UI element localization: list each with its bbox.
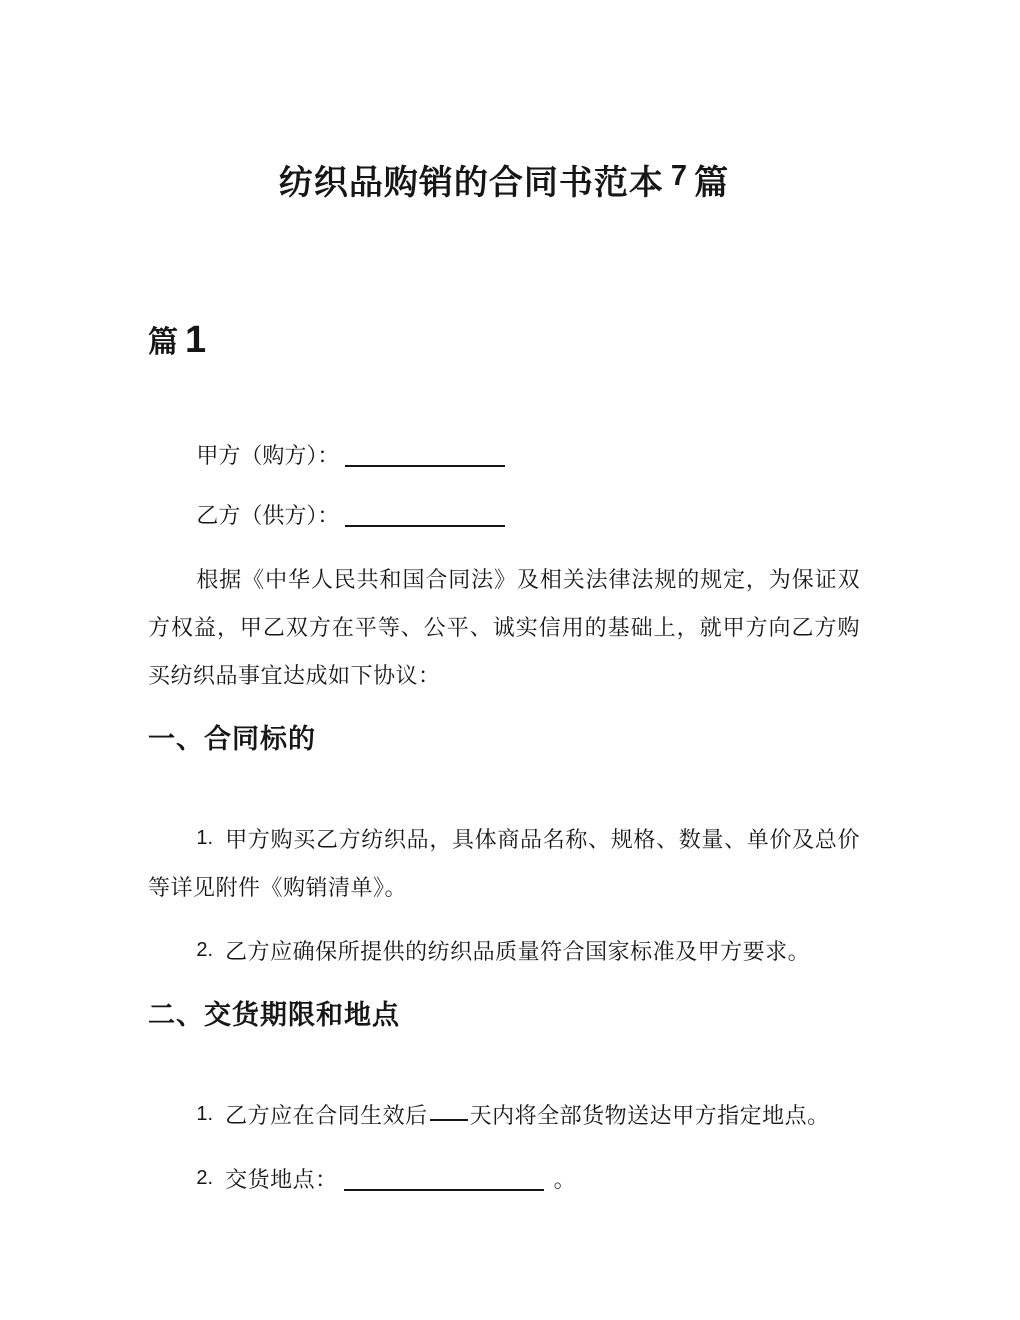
part-heading-number: 1 [185, 319, 206, 361]
part-heading-label: 篇 [148, 326, 178, 359]
clause-1-2-number: 2. [196, 939, 213, 961]
clause-2-1-number: 1. [196, 1103, 213, 1125]
clause-2-2-number: 2. [196, 1167, 213, 1189]
clause-1-1: 1.甲方购买乙方纺织品，具体商品名称、规格、数量、单价及总价等详见附件《购销清单… [148, 814, 860, 912]
part-heading: 篇1 [148, 317, 860, 366]
party-a-label: 甲方（购方）： [196, 443, 339, 468]
section-two-heading: 二、交货期限和地点 [148, 996, 860, 1034]
clause-2-1-text-before: 乙方应在合同生效后 [225, 1103, 428, 1128]
party-a-row: 甲方（购方）： [148, 438, 860, 474]
clause-2-2-fullstop: 。 [554, 1167, 577, 1192]
document-title: 纺织品购销的合同书范本7篇 [148, 156, 860, 203]
delivery-location-blank-line[interactable] [344, 1170, 544, 1191]
clause-1-1-number: 1. [196, 827, 213, 849]
clause-1-2: 2.乙方应确保所提供的纺织品质量符合国家标准及甲方要求。 [148, 926, 860, 976]
clause-1-1-text: 甲方购买乙方纺织品，具体商品名称、规格、数量、单价及总价等详见附件《购销清单》。 [148, 827, 860, 900]
document-title-suffix: 篇 [694, 164, 729, 202]
party-b-label: 乙方（供方）： [196, 503, 339, 528]
party-a-blank-line[interactable] [345, 446, 505, 467]
document-page: 纺织品购销的合同书范本7篇 篇1 甲方（购方）： 乙方（供方）： 根据《中华人民… [0, 0, 1020, 1320]
preamble-paragraph: 根据《中华人民共和国合同法》及相关法律法规的规定，为保证双方权益，甲乙双方在平等… [148, 556, 860, 700]
delivery-days-blank-line[interactable] [430, 1106, 468, 1121]
document-title-number: 7 [671, 160, 687, 192]
clause-2-1: 1.乙方应在合同生效后天内将全部货物送达甲方指定地点。 [148, 1090, 860, 1140]
party-b-row: 乙方（供方）： [148, 498, 860, 534]
section-one-heading: 一、合同标的 [148, 720, 860, 758]
clause-2-1-text-after: 天内将全部货物送达甲方指定地点。 [470, 1103, 830, 1128]
clause-2-2-label: 交货地点： [225, 1167, 338, 1192]
document-title-prefix: 纺织品购销的合同书范本 [279, 164, 664, 202]
clause-2-2: 2.交货地点：。 [148, 1154, 860, 1204]
clause-1-2-text: 乙方应确保所提供的纺织品质量符合国家标准及甲方要求。 [225, 939, 810, 964]
party-b-blank-line[interactable] [345, 506, 505, 527]
